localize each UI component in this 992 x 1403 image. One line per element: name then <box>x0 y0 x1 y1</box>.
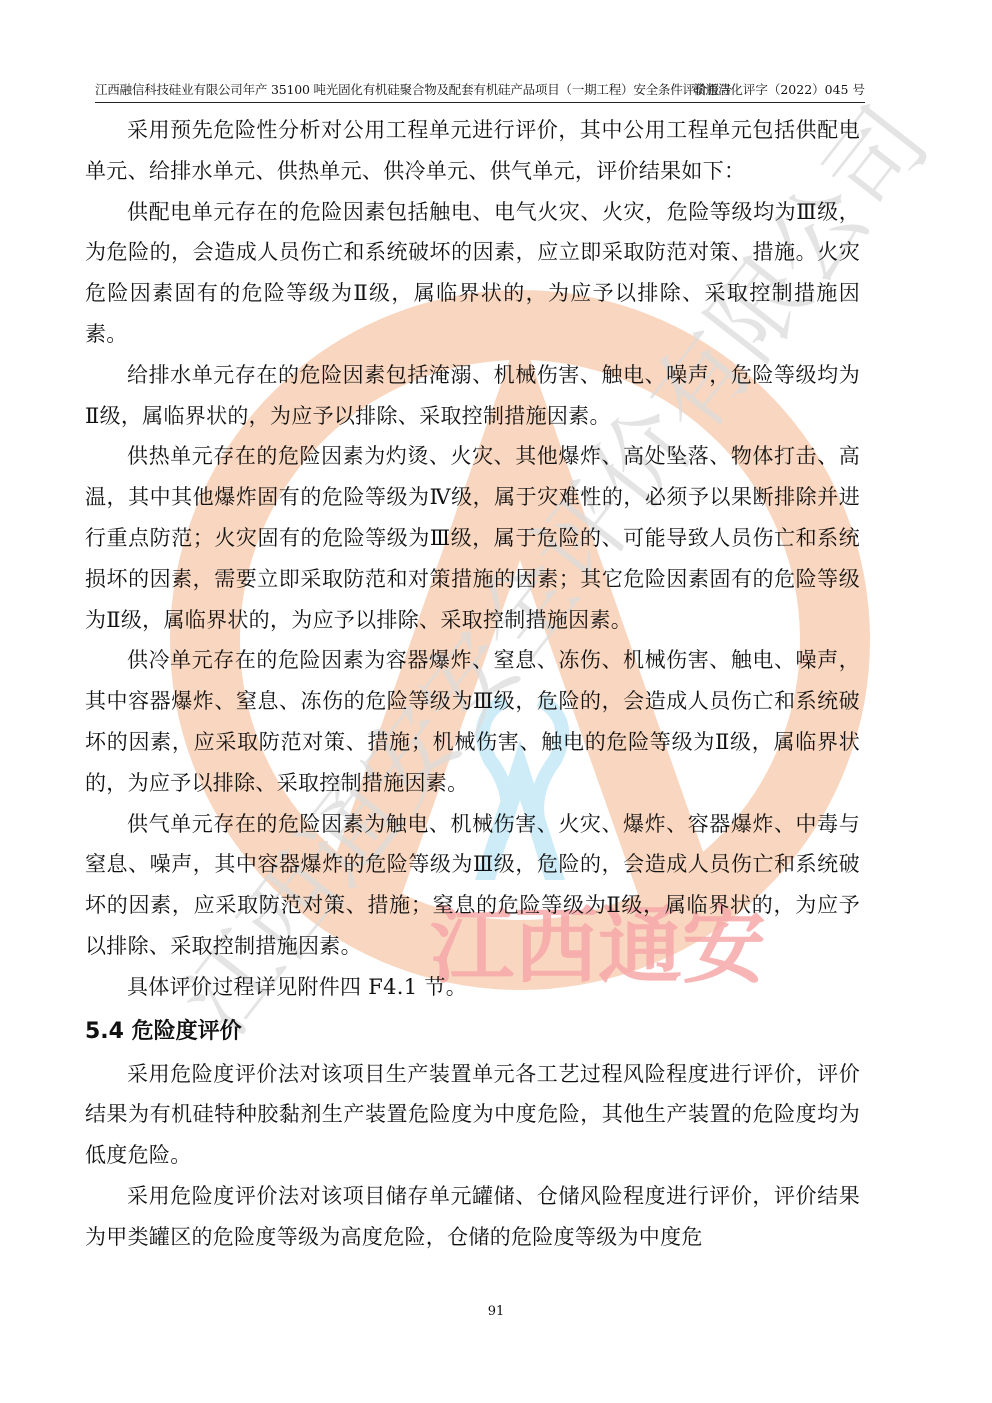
page-header: 江西融信科技硅业有限公司年产 35100 吨光固化有机硅聚合物及配套有机硅产品项… <box>95 80 865 103</box>
document-body: 采用预先危险性分析对公用工程单元进行评价，其中公用工程单元包括供配电单元、给排水… <box>85 110 860 1258</box>
paragraph: 采用危险度评价法对该项目储存单元罐储、仓储风险程度进行评价，评价结果为甲类罐区的… <box>85 1176 860 1258</box>
paragraph: 采用预先危险性分析对公用工程单元进行评价，其中公用工程单元包括供配电单元、给排水… <box>85 110 860 192</box>
paragraph: 供热单元存在的危险因素为灼烫、火灾、其他爆炸、高处坠落、物体打击、高温，其中其他… <box>85 436 860 640</box>
paragraph: 给排水单元存在的危险因素包括淹溺、机械伤害、触电、噪声，危险等级均为Ⅱ级，属临界… <box>85 355 860 437</box>
paragraph: 采用危险度评价法对该项目生产装置单元各工艺过程风险程度进行评价，评价结果为有机硅… <box>85 1054 860 1176</box>
paragraph: 供气单元存在的危险因素为触电、机械伤害、火灾、爆炸、容器爆炸、中毒与窒息、噪声，… <box>85 804 860 967</box>
section-heading: 5.4 危险度评价 <box>85 1012 860 1052</box>
header-report-title: 江西融信科技硅业有限公司年产 35100 吨光固化有机硅聚合物及配套有机硅产品项… <box>95 80 732 100</box>
page-number: 91 <box>0 1304 992 1319</box>
header-report-number: 赣通浔化评字（2022）045 号 <box>693 80 865 100</box>
paragraph: 供冷单元存在的危险因素为容器爆炸、窒息、冻伤、机械伤害、触电、噪声，其中容器爆炸… <box>85 640 860 803</box>
paragraph: 具体评价过程详见附件四 F4.1 节。 <box>85 967 860 1008</box>
paragraph: 供配电单元存在的危险因素包括触电、电气火灾、火灾，危险等级均为Ⅲ级，为危险的，会… <box>85 192 860 355</box>
